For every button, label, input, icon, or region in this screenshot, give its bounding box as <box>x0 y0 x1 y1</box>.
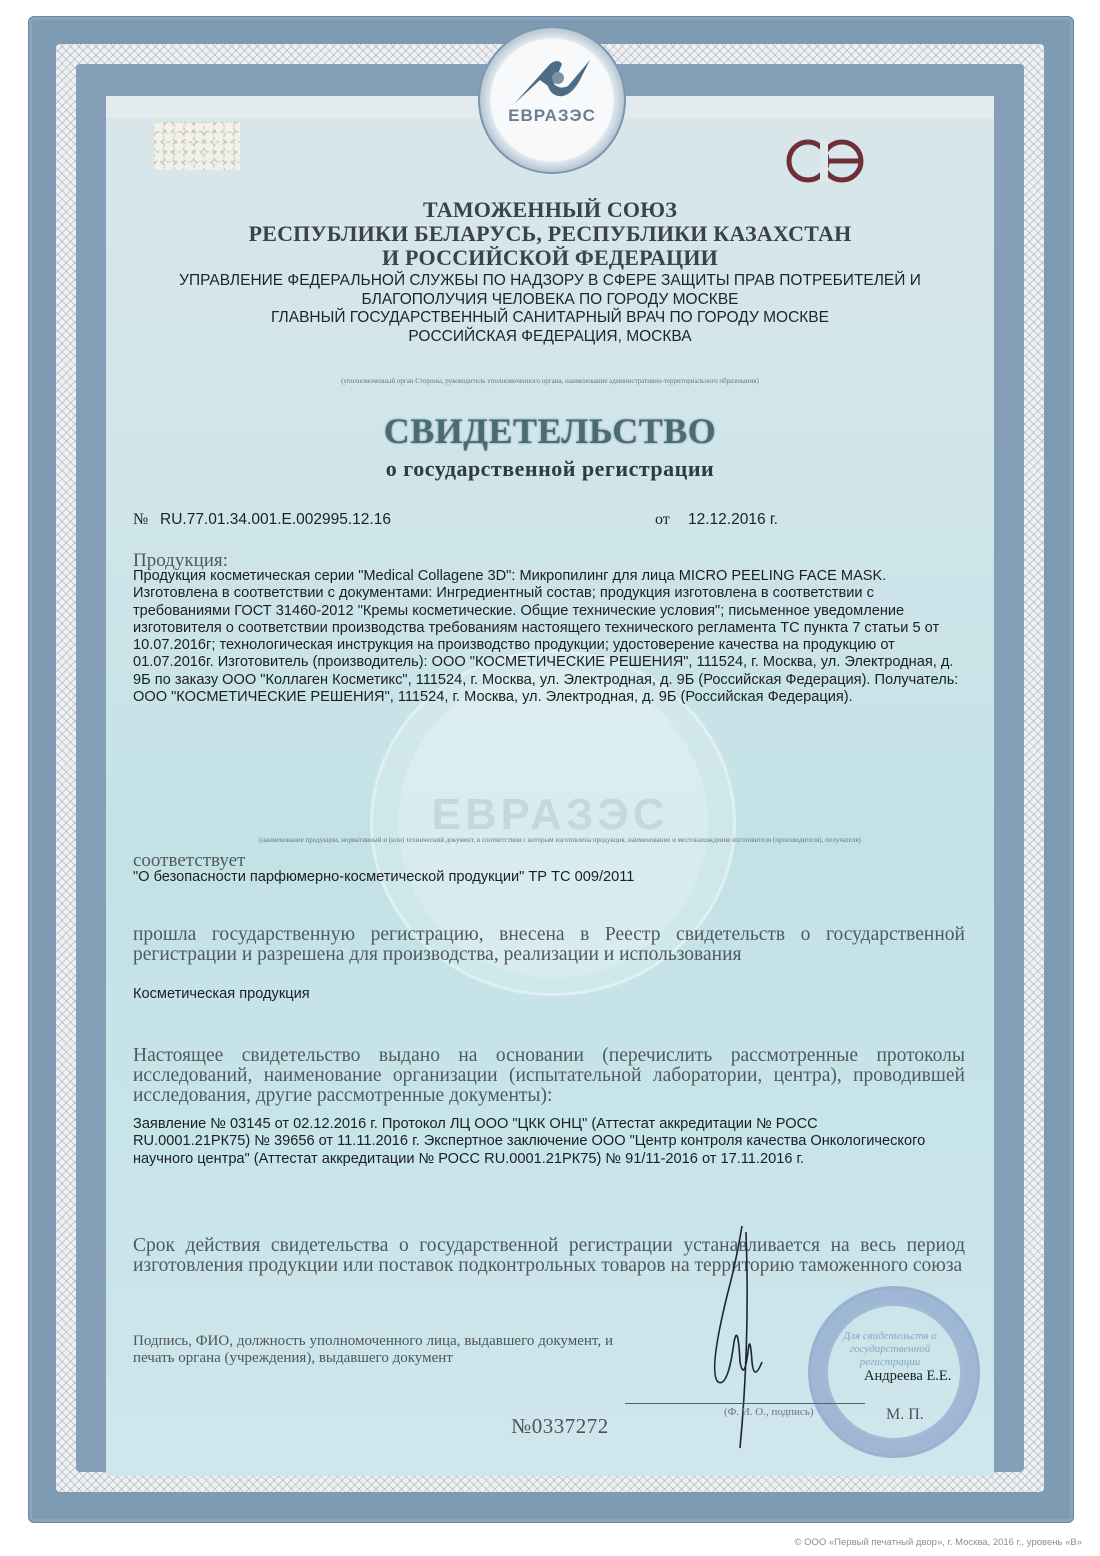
authority-caption: (уполномоченный орган Стороны, руководит… <box>150 377 950 385</box>
signer-name: Андреева Е.Е. <box>864 1368 951 1385</box>
registration-statement: прошла государственную регистрацию, внес… <box>133 925 965 965</box>
eac-mark-icon <box>784 137 868 185</box>
authority-line: РОССИЙСКАЯ ФЕДЕРАЦИЯ, МОСКВА <box>130 328 970 347</box>
product-description: Продукция косметическая серии "Medical C… <box>133 568 963 706</box>
product-caption: (наименование продукции, нормативный и (… <box>130 836 990 844</box>
registration-date: 12.12.2016 г. <box>688 511 778 529</box>
document-title: СВИДЕТЕЛЬСТВО <box>300 410 800 452</box>
logo-text: ЕВРАЗЭС <box>478 106 626 126</box>
basis-statement: Настоящее свидетельство выдано на основа… <box>133 1046 965 1106</box>
union-line: ТАМОЖЕННЫЙ СОЮЗ <box>150 198 950 222</box>
signature-caption: Подпись, ФИО, должность уполномоченного … <box>133 1333 613 1367</box>
authority-line: УПРАВЛЕНИЕ ФЕДЕРАЛЬНОЙ СЛУЖБЫ ПО НАДЗОРУ… <box>130 272 970 291</box>
validity-statement: Срок действия свидетельства о государств… <box>133 1236 965 1276</box>
authority-block: УПРАВЛЕНИЕ ФЕДЕРАЛЬНОЙ СЛУЖБЫ ПО НАДЗОРУ… <box>130 272 970 346</box>
union-line: И РОССИЙСКОЙ ФЕДЕРАЦИИ <box>150 246 950 270</box>
basis-documents: Заявление № 03145 от 02.12.2016 г. Прото… <box>133 1116 933 1168</box>
eurasec-bird-icon <box>510 50 594 110</box>
printer-footer: © ООО «Первый печатный двор», г. Москва,… <box>794 1537 1082 1548</box>
watermark-text: ЕВРАЗЭС <box>400 790 700 840</box>
number-label: № <box>133 511 148 529</box>
signature-line-caption: (Ф. И. О., подпись) <box>724 1406 814 1418</box>
union-line: РЕСПУБЛИКИ БЕЛАРУСЬ, РЕСПУБЛИКИ КАЗАХСТА… <box>150 222 950 246</box>
conformity-value: "О безопасности парфюмерно-косметической… <box>133 869 963 886</box>
registration-number: RU.77.01.34.001.Е.002995.12.16 <box>160 511 391 529</box>
serial-number: №0337272 <box>490 1414 630 1439</box>
document-subtitle: о государственной регистрации <box>300 456 800 482</box>
date-label: от <box>655 511 670 529</box>
registration-use: Косметическая продукция <box>133 986 963 1003</box>
customs-union-heading: ТАМОЖЕННЫЙ СОЮЗ РЕСПУБЛИКИ БЕЛАРУСЬ, РЕС… <box>150 198 950 270</box>
guilloche-pattern <box>154 122 240 170</box>
seal-label: М. П. <box>886 1406 924 1424</box>
authority-line: БЛАГОПОЛУЧИЯ ЧЕЛОВЕКА ПО ГОРОДУ МОСКВЕ <box>130 291 970 310</box>
stamp-text: Для свидетельств о государственной регис… <box>840 1330 940 1369</box>
authority-line: ГЛАВНЫЙ ГОСУДАРСТВЕННЫЙ САНИТАРНЫЙ ВРАЧ … <box>130 309 970 328</box>
signature-line <box>625 1403 865 1404</box>
